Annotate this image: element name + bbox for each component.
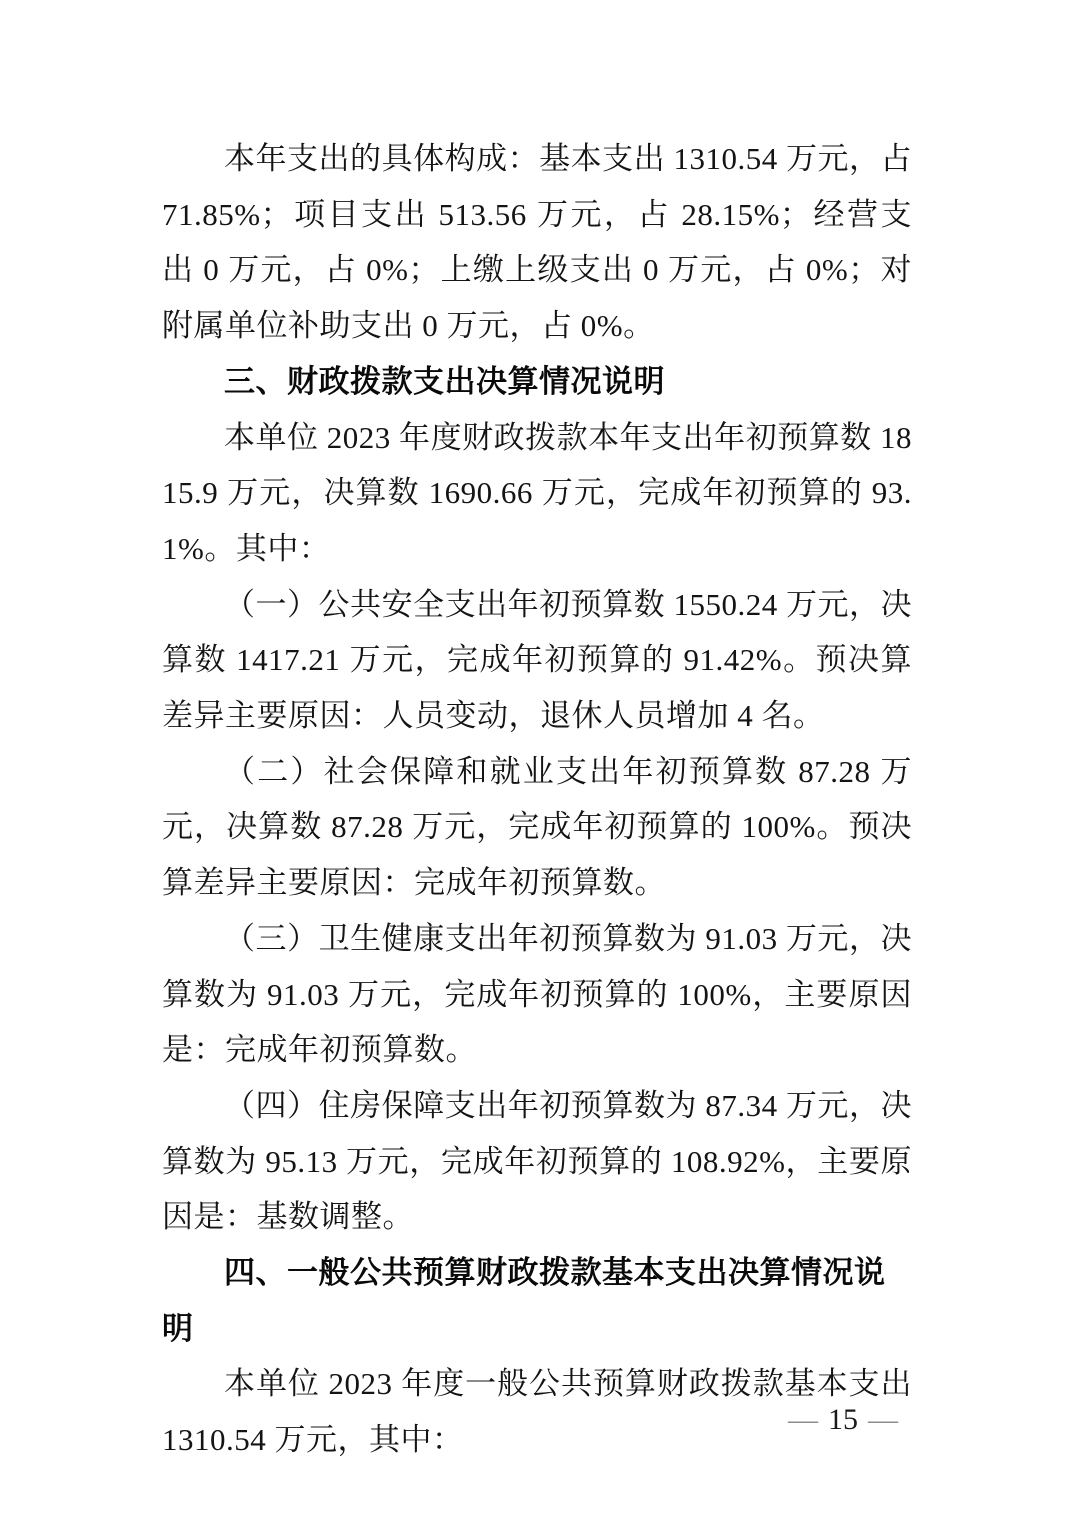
para-current-year-expenditure-composition: 本年支出的具体构成：基本支出 1310.54 万元，占 71.85%；项目支出 … <box>162 131 912 354</box>
para-fiscal-appropriation-overview: 本单位 2023 年度财政拨款本年支出年初预算数 1815.9 万元，决算数 1… <box>162 410 912 577</box>
page-footer: —15— <box>778 1402 908 1438</box>
document-page: 本年支出的具体构成：基本支出 1310.54 万元，占 71.85%；项目支出 … <box>0 0 1074 1520</box>
footer-left-dash: — <box>778 1403 828 1436</box>
heading-section-3-fiscal-appropriation-expenditure: 三、财政拨款支出决算情况说明 <box>162 354 912 410</box>
para-item-1-public-security-expenditure: （一）公共安全支出年初预算数 1550.24 万元，决算数 1417.21 万元… <box>162 577 912 744</box>
heading-section-4-general-public-budget-basic-expenditure: 四、一般公共预算财政拨款基本支出决算情况说明 <box>162 1245 912 1356</box>
para-item-2-social-security-employment-expenditure: （二）社会保障和就业支出年初预算数 87.28 万元，决算数 87.28 万元，… <box>162 744 912 911</box>
document-body: 本年支出的具体构成：基本支出 1310.54 万元，占 71.85%；项目支出 … <box>162 131 912 1468</box>
para-item-3-health-expenditure: （三）卫生健康支出年初预算数为 91.03 万元，决算数为 91.03 万元，完… <box>162 911 912 1078</box>
para-item-4-housing-security-expenditure: （四）住房保障支出年初预算数为 87.34 万元，决算数为 95.13 万元，完… <box>162 1078 912 1245</box>
page-number: 15 <box>828 1403 858 1436</box>
footer-right-dash: — <box>858 1403 908 1436</box>
